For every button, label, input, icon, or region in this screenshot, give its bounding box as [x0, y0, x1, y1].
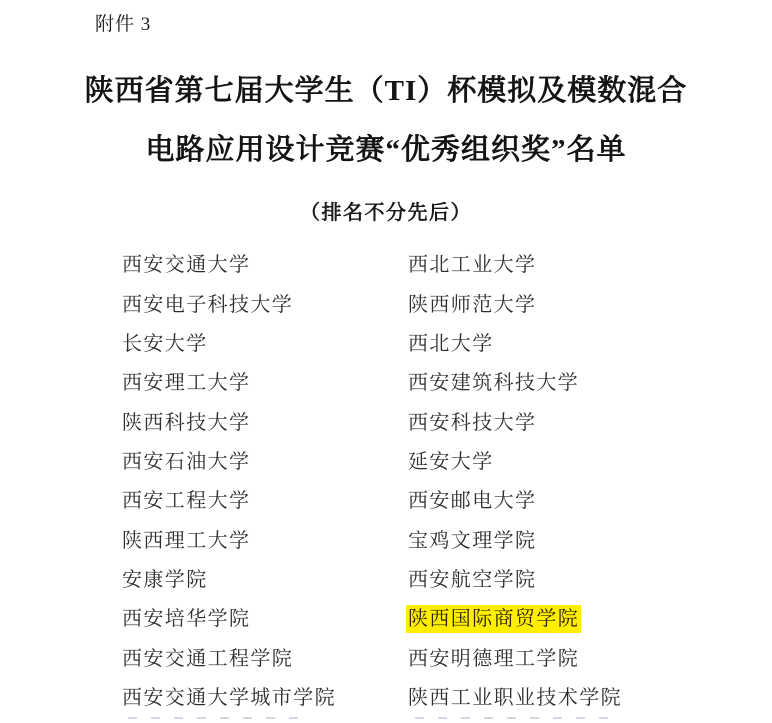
- university-name: 西安邮电大学: [408, 484, 772, 513]
- document-subtitle: （排名不分先后）: [0, 196, 772, 225]
- university-name: 陕西国际商贸学院: [408, 602, 772, 631]
- attachment-label: 附件 3: [95, 9, 151, 36]
- university-name: 安康学院: [122, 563, 408, 592]
- list-row: 西安培华学院 陕西国际商贸学院: [0, 597, 772, 636]
- document-title-line1: 陕西省第七届大学生（TI）杯模拟及模数混合: [0, 68, 772, 109]
- list-row: 西安交通工程学院 西安明德理工学院: [0, 636, 772, 675]
- document-title-line2: 电路应用设计竞赛“优秀组织奖”名单: [0, 127, 772, 168]
- university-name: 西安交通工程学院: [122, 642, 408, 671]
- clipped-row-remnant-left: [128, 717, 298, 720]
- clipped-row-remnant-right: [415, 717, 608, 720]
- list-row: 西安电子科技大学 陕西师范大学: [0, 282, 772, 321]
- university-name: 西安科技大学: [408, 406, 772, 435]
- university-name: 西北大学: [408, 327, 772, 356]
- university-name: 西安电子科技大学: [122, 288, 408, 317]
- university-name: 陕西师范大学: [408, 288, 772, 317]
- university-name: 延安大学: [408, 445, 772, 474]
- university-name: 西安培华学院: [122, 602, 408, 631]
- document-page: 附件 3 陕西省第七届大学生（TI）杯模拟及模数混合 电路应用设计竞赛“优秀组织…: [0, 0, 772, 723]
- university-name: 西安明德理工学院: [408, 642, 772, 671]
- list-row: 西安交通大学城市学院 陕西工业职业技术学院: [0, 676, 772, 715]
- list-row: 西安交通大学 西北工业大学: [0, 243, 772, 282]
- university-name: 西安理工大学: [122, 366, 408, 395]
- list-row: 西安工程大学 西安邮电大学: [0, 479, 772, 518]
- university-name: 陕西理工大学: [122, 524, 408, 553]
- university-name: 西安交通大学: [122, 248, 408, 277]
- university-name: 陕西工业职业技术学院: [408, 681, 772, 710]
- university-name: 陕西科技大学: [122, 406, 408, 435]
- clipped-row-remnant: [0, 717, 772, 723]
- university-name: 西安交通大学城市学院: [122, 681, 408, 710]
- university-name: 西安石油大学: [122, 445, 408, 474]
- university-name: 长安大学: [122, 327, 408, 356]
- list-row: 陕西科技大学 西安科技大学: [0, 400, 772, 439]
- list-row: 陕西理工大学 宝鸡文理学院: [0, 518, 772, 557]
- highlighted-university-name: 陕西国际商贸学院: [406, 605, 581, 633]
- award-list: 西安交通大学 西北工业大学 西安电子科技大学 陕西师范大学 长安大学 西北大学 …: [0, 243, 772, 715]
- university-name: 西安工程大学: [122, 484, 408, 513]
- university-name: 西安建筑科技大学: [408, 366, 772, 395]
- list-row: 长安大学 西北大学: [0, 322, 772, 361]
- university-name: 西北工业大学: [408, 248, 772, 277]
- university-name: 宝鸡文理学院: [408, 524, 772, 553]
- list-row: 西安石油大学 延安大学: [0, 440, 772, 479]
- university-name: 西安航空学院: [408, 563, 772, 592]
- list-row: 西安理工大学 西安建筑科技大学: [0, 361, 772, 400]
- list-row: 安康学院 西安航空学院: [0, 558, 772, 597]
